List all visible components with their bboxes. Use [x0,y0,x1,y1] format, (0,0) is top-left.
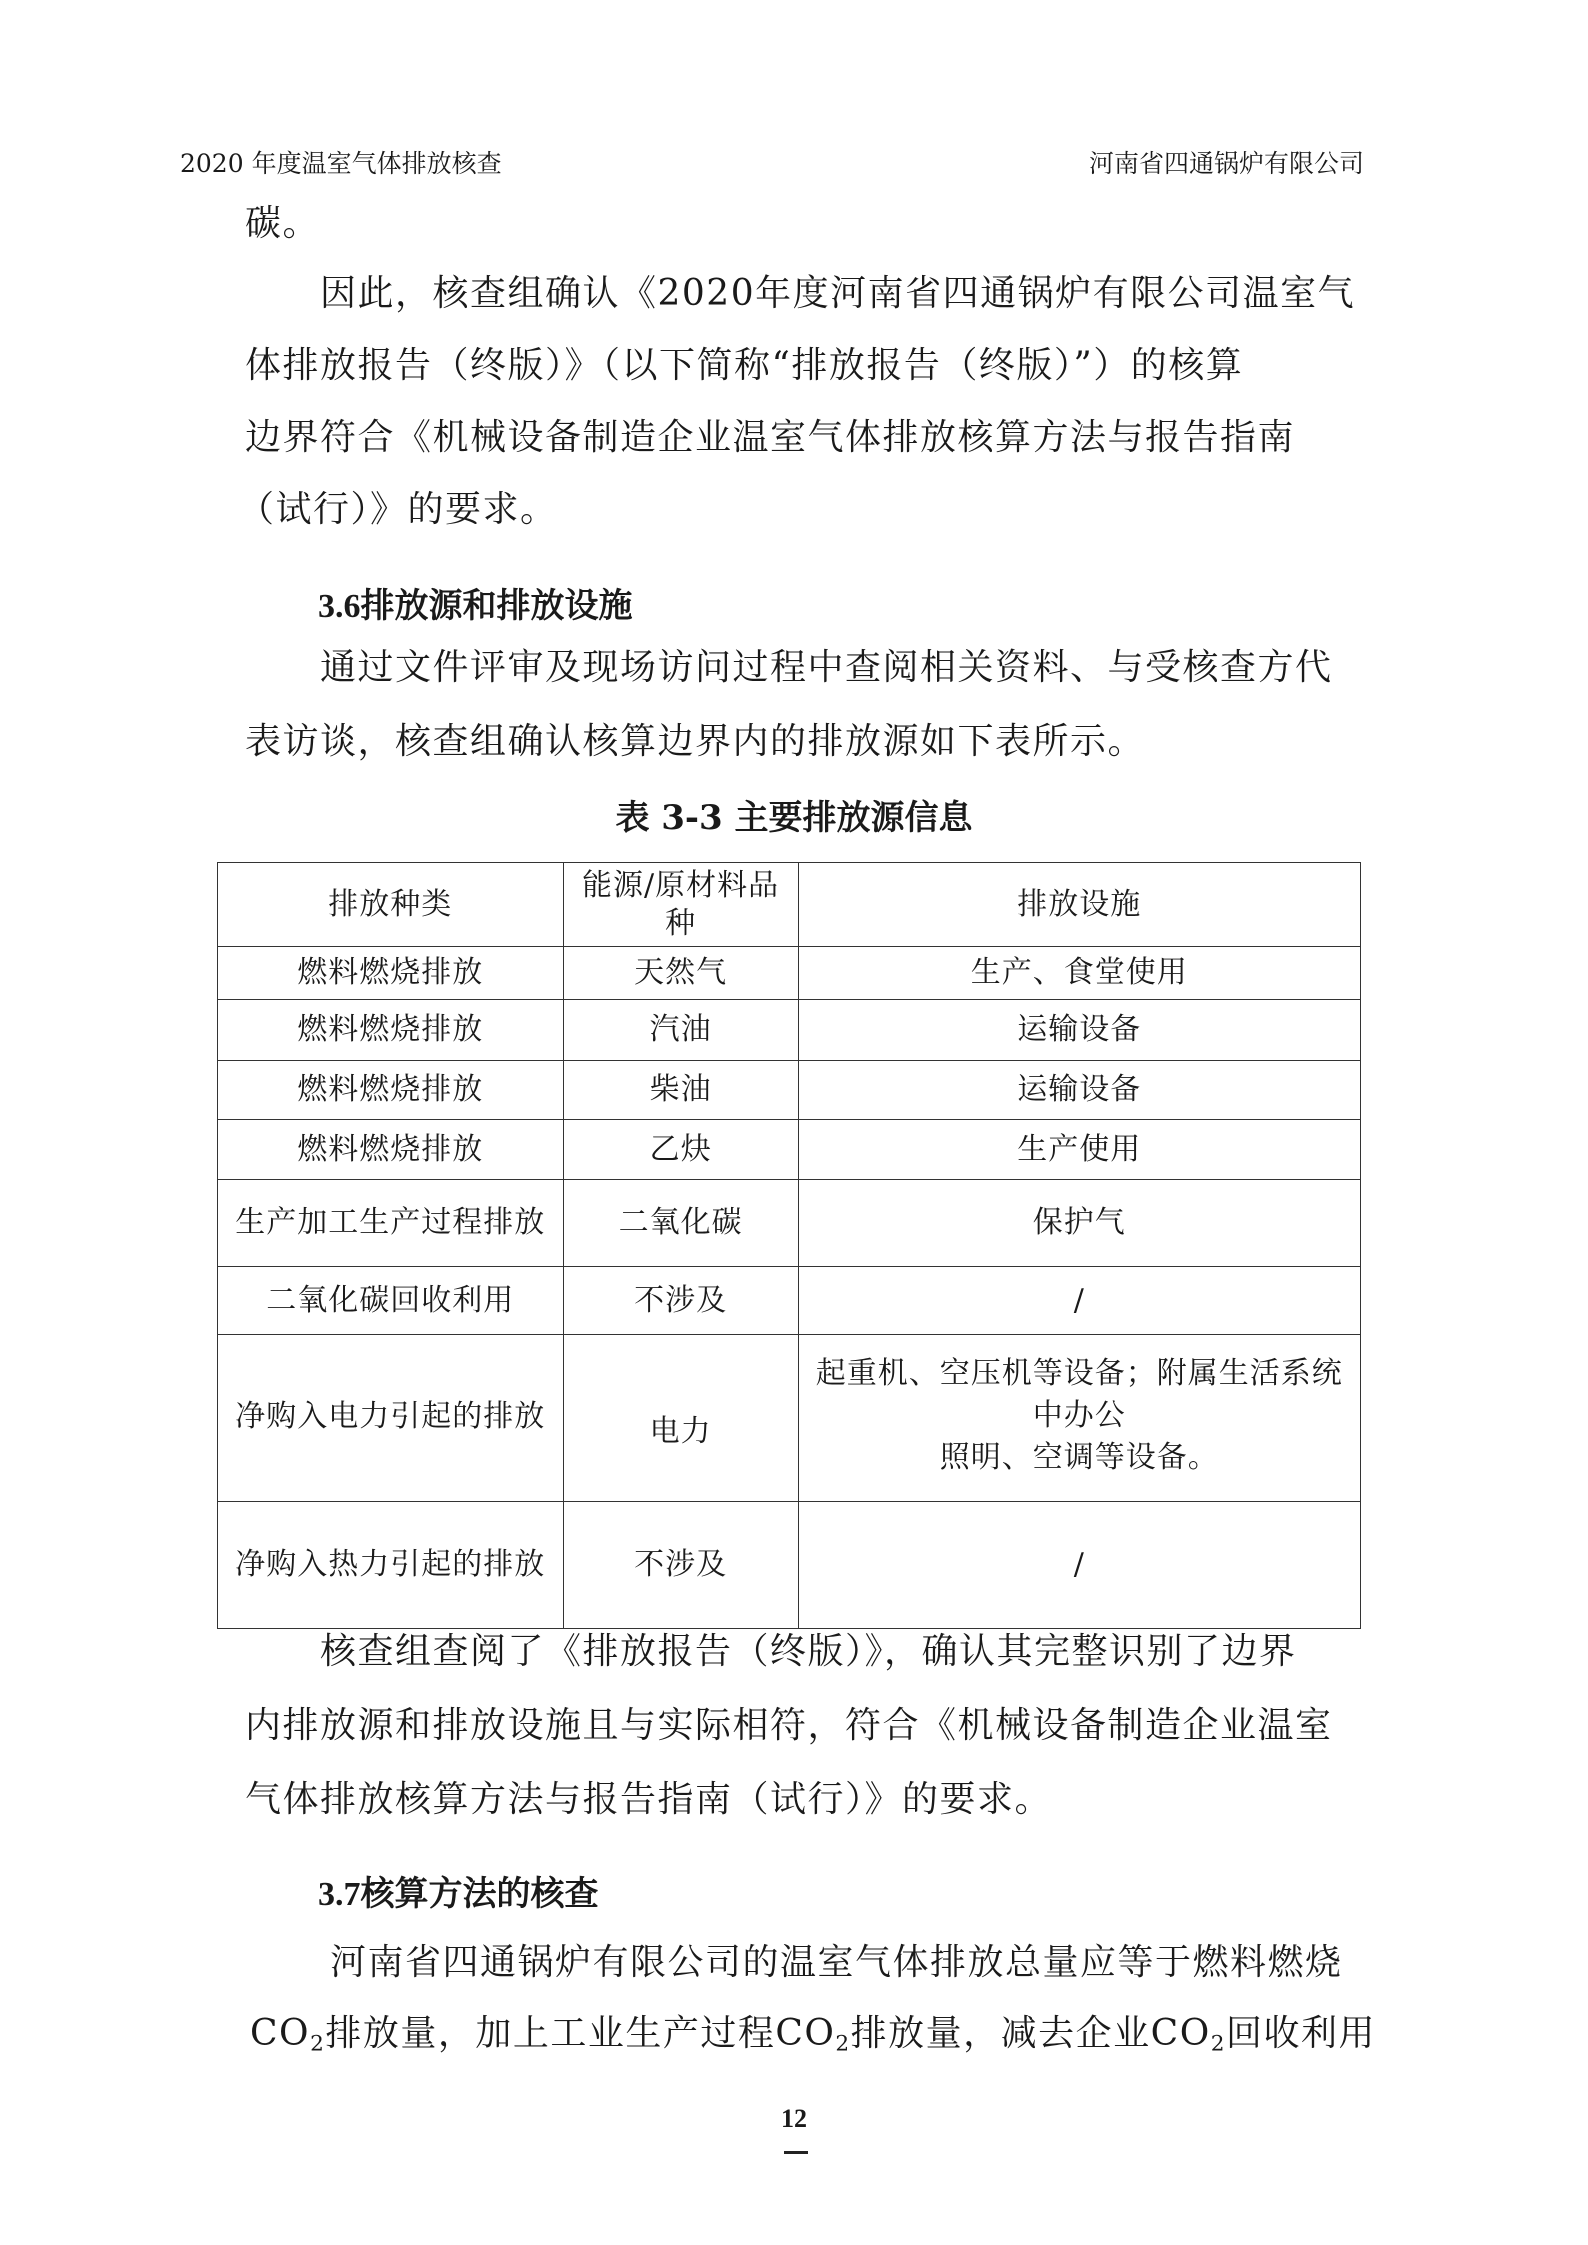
paragraph-line: 因此，核查组确认《2020年度河南省四通锅炉有限公司温室气 [320,274,1355,314]
paragraph-line: 核查组查阅了《排放报告（终版）》，确认其完整识别了边界 [320,1632,1297,1672]
facility-line: 照明、空调等设备。 [803,1437,1356,1479]
cell-energy-type: 乙炔 [563,1120,798,1180]
cell-emission-type: 燃料燃烧排放 [218,1061,564,1120]
paragraph-line: 表访谈，核查组确认核算边界内的排放源如下表所示。 [245,722,1145,762]
cell-emission-type: 净购入电力引起的排放 [218,1335,564,1502]
text-segment: 排放量，加上工业生产过程 [325,2013,775,2054]
continuation-text: 碳。 [245,204,320,244]
subscript: 2 [835,2031,850,2056]
subscript: 2 [310,2031,325,2056]
cell-energy-type: 柴油 [563,1061,798,1120]
header-cell: 排放设施 [798,863,1360,947]
page-number-underline [784,2151,808,2154]
text-segment: 回收利用 [1226,2013,1376,2054]
page-number: 12 [0,2104,1588,2134]
subscript: 2 [1211,2031,1226,2056]
paragraph-line: 通过文件评审及现场访问过程中查阅相关资料、与受核查方代 [320,648,1333,688]
cell-emission-type: 生产加工生产过程排放 [218,1180,564,1267]
facility-line: 起重机、空压机等设备；附属生活系统 [803,1353,1356,1395]
section-heading-3-6: 3.6排放源和排放设施 [318,578,633,627]
co2-text: CO [250,2013,310,2054]
paragraph-line: 体排放报告（终版）》（以下简称“排放报告（终版）”）的核算 [245,346,1243,386]
header-title: 2020 年度温室气体排放核查 [180,144,502,180]
table-caption: 表 3-3 主要排放源信息 [0,790,1588,839]
emission-sources-table: 排放种类 能源/原材料品种 排放设施 燃料燃烧排放 天然气 生产、食堂使用 燃料… [217,862,1361,1629]
cell-energy-type: 二氧化碳 [563,1180,798,1267]
table-row: 净购入电力引起的排放 电力 起重机、空压机等设备；附属生活系统 中办公 照明、空… [218,1335,1361,1502]
cell-facility: 运输设备 [798,1000,1360,1061]
text-segment: 排放量，减去企业 [851,2013,1151,2054]
header-company: 河南省四通锅炉有限公司 [1089,144,1364,180]
paragraph-line: （试行）》的要求。 [238,490,558,530]
cell-energy-type: 不涉及 [563,1502,798,1629]
table-row: 燃料燃烧排放 乙炔 生产使用 [218,1120,1361,1180]
cell-facility: / [798,1267,1360,1335]
table-row: 燃料燃烧排放 天然气 生产、食堂使用 [218,947,1361,1000]
table-row: 二氧化碳回收利用 不涉及 / [218,1267,1361,1335]
paragraph-line: 内排放源和排放设施且与实际相符，符合《机械设备制造企业温室 [245,1706,1333,1746]
cell-energy-type: 天然气 [563,947,798,1000]
cell-emission-type: 二氧化碳回收利用 [218,1267,564,1335]
cell-facility: / [798,1502,1360,1629]
cell-energy-type: 电力 [563,1335,798,1502]
cell-emission-type: 燃料燃烧排放 [218,1000,564,1061]
header-cell: 能源/原材料品种 [563,863,798,947]
paragraph-line: 气体排放核算方法与报告指南（试行）》的要求。 [245,1780,1052,1820]
cell-facility: 生产使用 [798,1120,1360,1180]
cell-facility: 保护气 [798,1180,1360,1267]
header-cell: 排放种类 [218,863,564,947]
cell-energy-type: 汽油 [563,1000,798,1061]
co2-text: CO [775,2013,835,2054]
table-row: 燃料燃烧排放 汽油 运输设备 [218,1000,1361,1061]
table-row: 生产加工生产过程排放 二氧化碳 保护气 [218,1180,1361,1267]
cell-emission-type: 净购入热力引起的排放 [218,1502,564,1629]
section-heading-3-7: 3.7核算方法的核查 [318,1866,599,1915]
cell-facility: 生产、食堂使用 [798,947,1360,1000]
paragraph-line: 河南省四通锅炉有限公司的温室气体排放总量应等于燃料燃烧 [330,1943,1343,1983]
cell-emission-type: 燃料燃烧排放 [218,1120,564,1180]
table-header-row: 排放种类 能源/原材料品种 排放设施 [218,863,1361,947]
header-cell-text: 能源/原材料品种 [576,867,786,943]
paragraph-line: 边界符合《机械设备制造企业温室气体排放核算方法与报告指南 [245,418,1295,458]
cell-facility: 运输设备 [798,1061,1360,1120]
paragraph-line-co2: CO2排放量，加上工业生产过程CO2排放量，减去企业CO2回收利用 [250,2014,1376,2064]
co2-text: CO [1151,2013,1211,2054]
facility-line: 中办公 [803,1395,1356,1437]
table-row: 燃料燃烧排放 柴油 运输设备 [218,1061,1361,1120]
table-row: 净购入热力引起的排放 不涉及 / [218,1502,1361,1629]
cell-emission-type: 燃料燃烧排放 [218,947,564,1000]
cell-energy-type: 不涉及 [563,1267,798,1335]
cell-facility: 起重机、空压机等设备；附属生活系统 中办公 照明、空调等设备。 [798,1335,1360,1502]
